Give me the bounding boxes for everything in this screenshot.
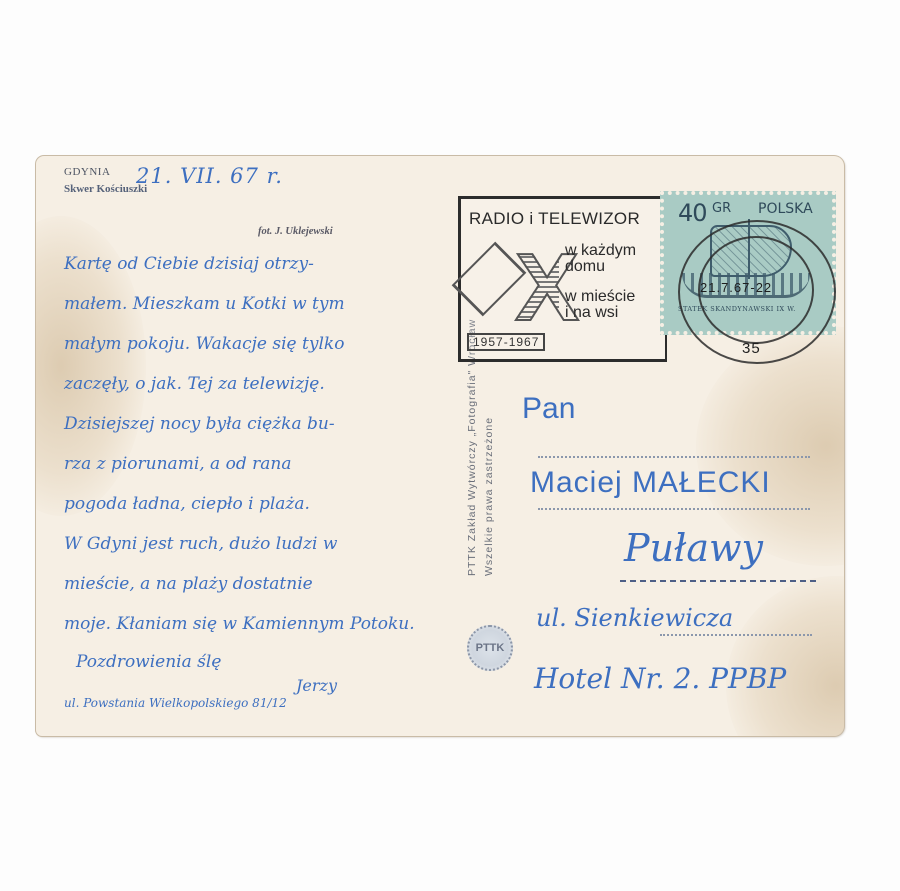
postmark-date: 21.7.67-22 [700, 280, 772, 295]
address-street: ul. Sienkiewicza [536, 604, 733, 632]
slogan-line: domu [565, 259, 605, 275]
message-line: pogoda ładna, ciepło i plaża. [64, 494, 310, 514]
message-line: małym pokoju. Wakacje się tylko [64, 334, 344, 354]
message-line: Kartę od Ciebie dzisiaj otrzy- [64, 254, 314, 274]
message-line: mieście, a na plaży dostatnie [64, 574, 313, 594]
printed-place: Skwer Kościuszki [64, 183, 147, 195]
postcard: GDYNIA Skwer Kościuszki fot. J. Uklejews… [36, 156, 844, 736]
slogan-years: 1957-1967 [467, 333, 545, 351]
printed-city: GDYNIA [64, 166, 110, 178]
stamp-currency: GR [712, 201, 731, 216]
address-line [538, 456, 810, 458]
postmark-office-code: 35 [742, 340, 761, 357]
message-line: zaczęły, o jak. Tej za telewizję. [64, 374, 325, 394]
message-line: małem. Mieszkam u Kotki w tym [64, 294, 345, 314]
pttk-logo-icon: PTTK [467, 625, 513, 671]
city-underline [620, 580, 816, 582]
message-line: W Gdyni jest ruch, dużo ludzi w [64, 534, 337, 554]
address-building: Hotel Nr. 2. PPBP [534, 662, 786, 695]
stamp-value: 40 [678, 199, 707, 227]
slogan-line: w mieście [565, 289, 635, 305]
logo-text: PTTK [476, 642, 505, 654]
slogan-title: RADIO i TELEWIZOR [469, 209, 640, 229]
address-name: Maciej MAŁECKI [530, 466, 771, 500]
handwritten-date: 21. VII. 67 r. [136, 164, 283, 188]
address-city: Puławy [624, 526, 763, 570]
address-salutation: Pan [522, 392, 575, 426]
message-line: moje. Kłaniam się w Kamiennym Potoku. [64, 614, 415, 634]
slogan-cancellation: RADIO i TELEWIZOR X w każdym domu w mieś… [458, 196, 667, 362]
photo-credit: fot. J. Uklejewski [258, 226, 333, 237]
stamp-country: POLSKA [758, 201, 813, 217]
message-line: Pozdrowienia ślę [76, 652, 221, 672]
slogan-line: w każdym [565, 243, 636, 259]
x-emblem-icon: X [515, 243, 559, 333]
message-line: rza z piorunami, a od rana [64, 454, 291, 474]
address-line [660, 634, 812, 636]
age-stain [726, 576, 844, 736]
address-line [538, 508, 810, 510]
slogan-line: i na wsi [565, 305, 618, 321]
message-line: Dzisiejszej nocy była ciężka bu- [64, 414, 335, 434]
signature: Jerzy [296, 676, 337, 695]
sender-address: ul. Powstania Wielkopolskiego 81/12 [64, 696, 287, 710]
